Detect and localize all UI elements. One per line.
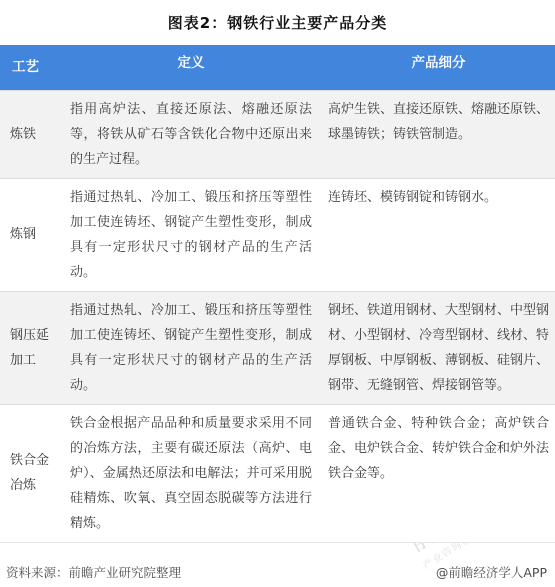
products-cell: 连铸坯、模铸钢锭和铸钢水。 bbox=[320, 178, 555, 291]
report-page: 前瞻产业研究院 ♥ 前瞻产业 ♥ 前瞻产业 前瞻产业研究院 前瞻产业 前瞻产业研… bbox=[0, 0, 555, 587]
table-row: 钢压延加工 指通过热轧、冷加工、锻压和挤压等塑性加工使连铸坯、钢锭产生塑性变形，… bbox=[0, 291, 555, 404]
products-cell: 普通铁合金、特种铁合金；高炉铁合金、电炉铁合金、转炉铁合金和炉外法铁合金等。 bbox=[320, 404, 555, 542]
table-row: 铁合金冶炼 铁合金根据产品品种和质量要求采用不同的冶炼方法，主要有碳还原法（高炉… bbox=[0, 404, 555, 542]
products-cell: 钢坯、铁道用钢材、大型钢材、中型钢材、小型钢材、冷弯型钢材、线材、特厚钢板、中厚… bbox=[320, 291, 555, 404]
product-classification-table: 工艺 定义 产品细分 炼铁 指用高炉法、直接还原法、熔融还原法等，将铁从矿石等含… bbox=[0, 45, 555, 543]
definition-cell: 铁合金根据产品品种和质量要求采用不同的冶炼方法，主要有碳还原法（高炉、电炉）、金… bbox=[64, 404, 320, 542]
page-title: 图表2：钢铁行业主要产品分类 bbox=[0, 0, 555, 45]
table-row: 炼钢 指通过热轧、冷加工、锻压和挤压等塑性加工使连铸坯、钢锭产生塑性变形，制成具… bbox=[0, 178, 555, 291]
products-cell: 高炉生铁、直接还原铁、熔融还原铁、球墨铸铁；铸铁管制造。 bbox=[320, 90, 555, 178]
credit-note: @前瞻经济学人APP bbox=[436, 563, 547, 581]
process-cell: 炼钢 bbox=[0, 178, 64, 291]
process-cell: 铁合金冶炼 bbox=[0, 404, 64, 542]
definition-cell: 指通过热轧、冷加工、锻压和挤压等塑性加工使连铸坯、钢锭产生塑性变形，制成具有一定… bbox=[64, 178, 320, 291]
process-cell: 钢压延加工 bbox=[0, 291, 64, 404]
definition-cell: 指用高炉法、直接还原法、熔融还原法等，将铁从矿石等含铁化合物中还原出来的生产过程… bbox=[64, 90, 320, 178]
header-cell-process: 工艺 bbox=[0, 45, 64, 90]
table-row: 炼铁 指用高炉法、直接还原法、熔融还原法等，将铁从矿石等含铁化合物中还原出来的生… bbox=[0, 90, 555, 178]
header-cell-products: 产品细分 bbox=[320, 45, 555, 90]
source-note: 资料来源：前瞻产业研究院整理 bbox=[6, 563, 181, 581]
header-cell-definition: 定义 bbox=[64, 45, 320, 90]
process-cell: 炼铁 bbox=[0, 90, 64, 178]
table-header-row: 工艺 定义 产品细分 bbox=[0, 45, 555, 90]
definition-cell: 指通过热轧、冷加工、锻压和挤压等塑性加工使连铸坯、钢锭产生塑性变形，制成具有一定… bbox=[64, 291, 320, 404]
page-footer: 资料来源：前瞻产业研究院整理 @前瞻经济学人APP bbox=[0, 563, 555, 581]
